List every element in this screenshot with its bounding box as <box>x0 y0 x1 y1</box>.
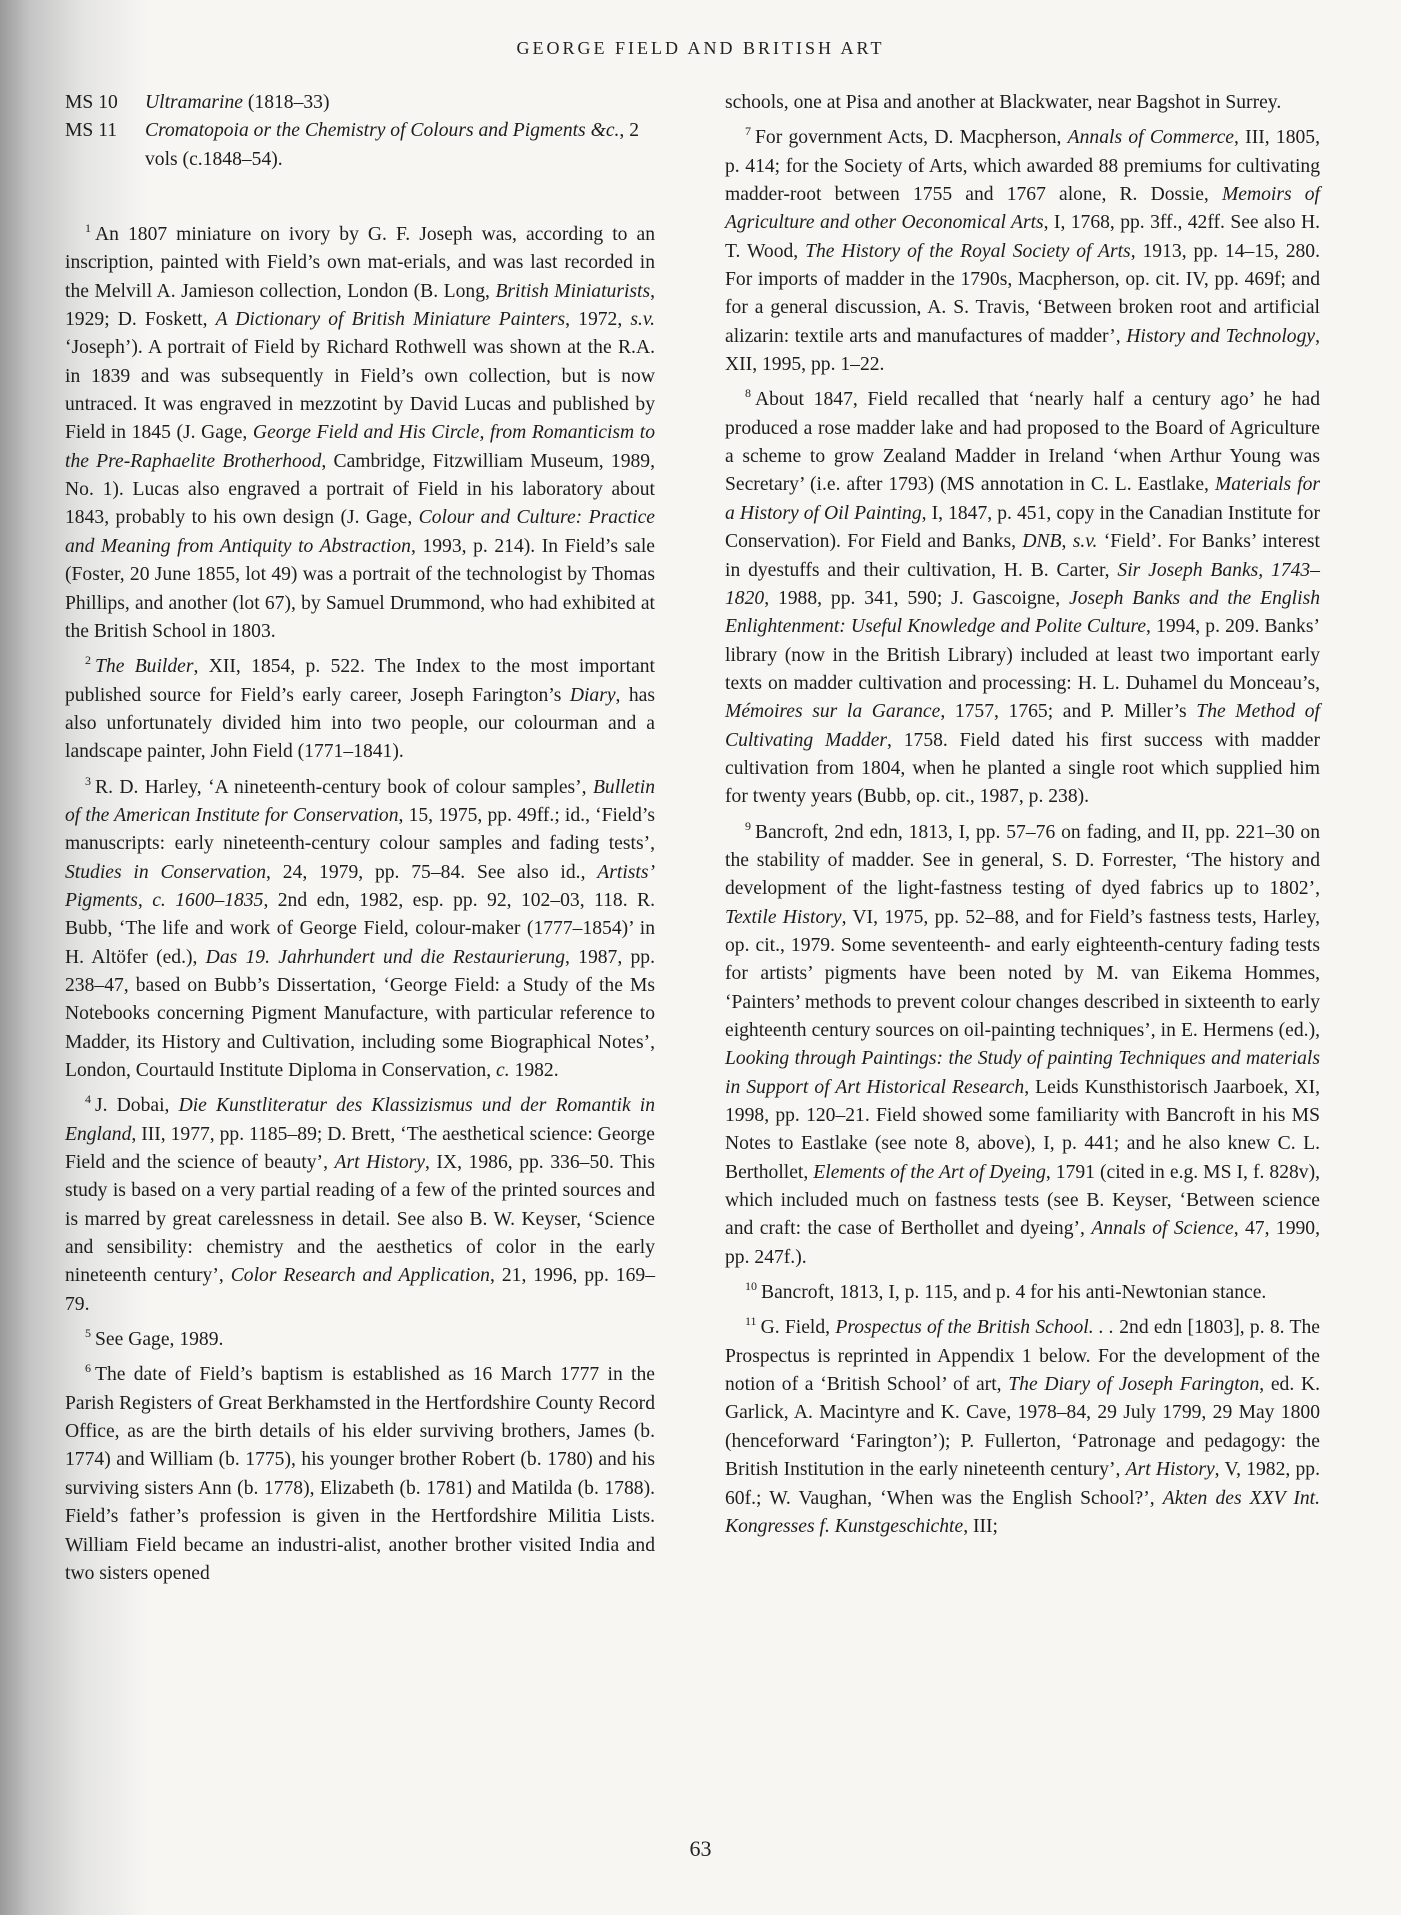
footnote-number: 3 <box>85 774 91 788</box>
right-column: schools, one at Pisa and another at Blac… <box>725 89 1320 1541</box>
footnote-text: R. D. Harley, ‘A nineteenth-century book… <box>65 777 655 1081</box>
footnote-3: 3R. D. Harley, ‘A nineteenth-century boo… <box>65 767 655 1086</box>
footnote-number: 6 <box>85 1361 91 1375</box>
page-number: 63 <box>0 1836 1401 1862</box>
footnote-text: About 1847, Field recalled that ‘nearly … <box>725 389 1320 807</box>
footnote-text: For government Acts, D. Macpherson, Anna… <box>725 127 1320 375</box>
footnote-number: 11 <box>745 1314 757 1328</box>
manuscript-title: Cromatopoia or the Chemistry of Colours … <box>145 120 619 141</box>
footnote-number: 7 <box>745 124 751 138</box>
footnote-number: 5 <box>85 1326 91 1340</box>
footnote-number: 1 <box>85 221 91 235</box>
manuscript-dates: (1818–33) <box>243 92 330 113</box>
footnote-number: 2 <box>85 653 91 667</box>
manuscript-id: MS 10 <box>65 89 145 117</box>
footnote-text: The date of Field’s baptism is establish… <box>65 1364 655 1583</box>
footnotes-right: schools, one at Pisa and another at Blac… <box>725 89 1320 1541</box>
manuscript-entry: MS 10 Ultramarine (1818–33) <box>65 89 655 117</box>
footnote-number: 10 <box>745 1279 757 1293</box>
footnote-text: See Gage, 1989. <box>95 1329 223 1350</box>
manuscript-title-line: Ultramarine (1818–33) <box>145 89 655 117</box>
footnote-text: The Builder, XII, 1854, p. 522. The Inde… <box>65 656 655 762</box>
footnote-text: J. Dobai, Die Kunstliteratur des Klassiz… <box>65 1095 655 1314</box>
footnote-number: 4 <box>85 1092 91 1106</box>
footnote-10: 10Bancroft, 1813, I, p. 115, and p. 4 fo… <box>725 1272 1320 1307</box>
footnote-text: G. Field, Prospectus of the British Scho… <box>725 1317 1320 1536</box>
footnote-7: 7For government Acts, D. Macpherson, Ann… <box>725 117 1320 379</box>
footnote-1: 1An 1807 miniature on ivory by G. F. Jos… <box>65 214 655 646</box>
footnote-number: 9 <box>745 819 751 833</box>
manuscript-entry: MS 11 Cromatopoia or the Chemistry of Co… <box>65 117 655 174</box>
running-head: GEORGE FIELD AND BRITISH ART <box>0 38 1401 59</box>
footnote-2: 2The Builder, XII, 1854, p. 522. The Ind… <box>65 646 655 766</box>
left-column: MS 10 Ultramarine (1818–33) MS 11 Cromat… <box>65 89 655 1588</box>
footnote-11: 11G. Field, Prospectus of the British Sc… <box>725 1307 1320 1541</box>
footnote-5: 5See Gage, 1989. <box>65 1319 655 1354</box>
footnote-continuation: schools, one at Pisa and another at Blac… <box>725 89 1320 117</box>
footnote-text: An 1807 miniature on ivory by G. F. Jose… <box>65 224 655 642</box>
footnotes-left: 1An 1807 miniature on ivory by G. F. Jos… <box>65 214 655 1588</box>
footnote-text: Bancroft, 1813, I, p. 115, and p. 4 for … <box>761 1282 1266 1303</box>
footnote-8: 8About 1847, Field recalled that ‘nearly… <box>725 379 1320 811</box>
footnote-text: schools, one at Pisa and another at Blac… <box>725 92 1281 113</box>
footnote-6: 6The date of Field’s baptism is establis… <box>65 1354 655 1588</box>
footnote-text: Bancroft, 2nd edn, 1813, I, pp. 57–76 on… <box>725 822 1320 1268</box>
manuscript-id: MS 11 <box>65 117 145 174</box>
manuscript-title: Ultramarine <box>145 92 243 113</box>
manuscript-list: MS 10 Ultramarine (1818–33) MS 11 Cromat… <box>65 89 655 174</box>
manuscript-title-line: Cromatopoia or the Chemistry of Colours … <box>145 117 655 174</box>
footnote-number: 8 <box>745 386 751 400</box>
footnote-4: 4J. Dobai, Die Kunstliteratur des Klassi… <box>65 1085 655 1319</box>
footnote-9: 9Bancroft, 2nd edn, 1813, I, pp. 57–76 o… <box>725 812 1320 1273</box>
